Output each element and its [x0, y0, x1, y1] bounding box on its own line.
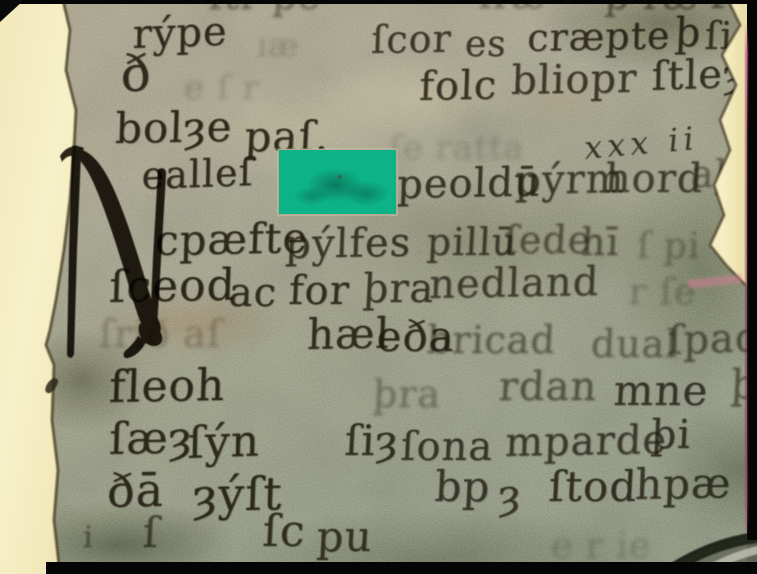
glass-weight-arc: [0, 0, 757, 574]
photo-border-top: [0, 0, 757, 4]
manuscript-photo: xxx ii ſtr þeſræþ ræſtrýpeıæſcorescræpte…: [0, 0, 757, 574]
photo-border-bottom: [46, 562, 757, 574]
photo-border-right: [747, 2, 757, 540]
magenta-edge-line: [745, 22, 748, 542]
